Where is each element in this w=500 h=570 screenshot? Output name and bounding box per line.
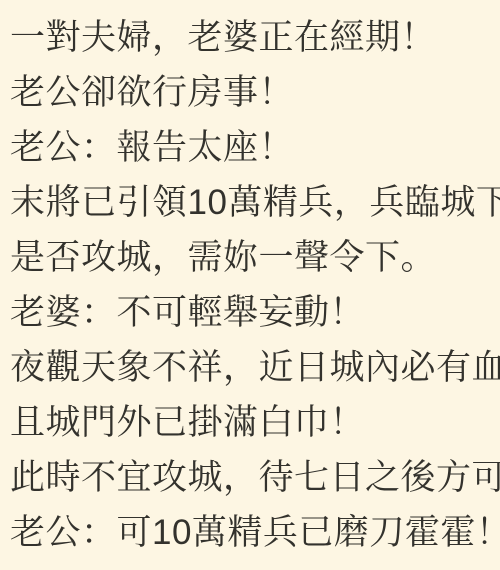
- text-line: 一對夫婦，老婆正在經期！: [10, 10, 494, 65]
- text-line: 此時不宜攻城，待七日之後方可行動！: [10, 450, 494, 505]
- text-line: 夜觀天象不祥，近日城內必有血光之災！: [10, 340, 494, 395]
- joke-text-page: 一對夫婦，老婆正在經期！ 老公卻欲行房事！ 老公：報告太座！ 末將已引領10萬精…: [0, 0, 500, 570]
- text-line: 老公卻欲行房事！: [10, 65, 494, 120]
- text-line: 老公：報告太座！: [10, 120, 494, 175]
- text-line: 是否攻城，需妳一聲令下。: [10, 230, 494, 285]
- text-line: 末將已引領10萬精兵，兵臨城下！: [10, 175, 494, 230]
- text-line: 且城門外已掛滿白巾！: [10, 395, 494, 450]
- text-line: 老公：可10萬精兵已磨刀霍霍！: [10, 505, 494, 560]
- text-line: 老婆：不可輕舉妄動！: [10, 285, 494, 340]
